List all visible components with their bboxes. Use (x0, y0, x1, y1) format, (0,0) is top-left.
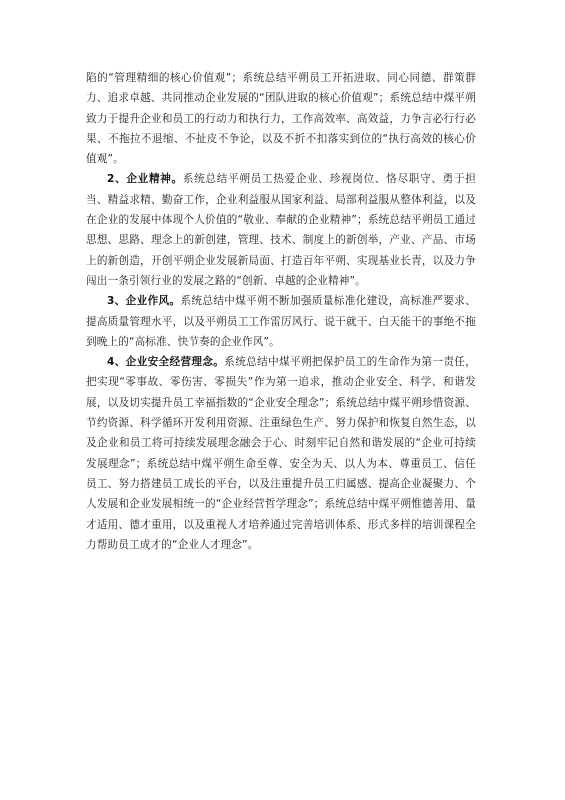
section-heading: 2、企业精神。 (107, 173, 183, 185)
paragraph-enterprise-spirit: 2、企业精神。系统总结平朔员工热爱企业、珍视岗位、恪尽职守、勇于担当、精益求精、… (86, 169, 476, 291)
paragraph-text: 陷的“管理精细的核心价值观”；系统总结平朔员工开拓进取、同心同德、群策群力、追求… (86, 72, 476, 165)
paragraph-enterprise-style: 3、企业作风。系统总结中煤平朔不断加强质量标准化建设，高标准严要求、提高质量管理… (86, 291, 476, 352)
document-page: 陷的“管理精细的核心价值观”；系统总结平朔员工开拓进取、同心同德、群策群力、追求… (86, 68, 476, 555)
paragraph-text: 系统总结平朔员工热爱企业、珍视岗位、恪尽职守、勇于担当、精益求精、勤奋工作，企业… (86, 173, 476, 286)
paragraph-text: 系统总结中煤平朔把保护员工的生命作为第一责任，把实现“零事故、零伤害、零损失”作… (86, 356, 476, 551)
section-heading: 3、企业作风。 (107, 295, 180, 307)
paragraph-safety-philosophy: 4、企业安全经营理念。系统总结中煤平朔把保护员工的生命作为第一责任，把实现“零事… (86, 352, 476, 555)
paragraph-core-values-continuation: 陷的“管理精细的核心价值观”；系统总结平朔员工开拓进取、同心同德、群策群力、追求… (86, 68, 476, 169)
section-heading: 4、企业安全经营理念。 (107, 356, 224, 368)
